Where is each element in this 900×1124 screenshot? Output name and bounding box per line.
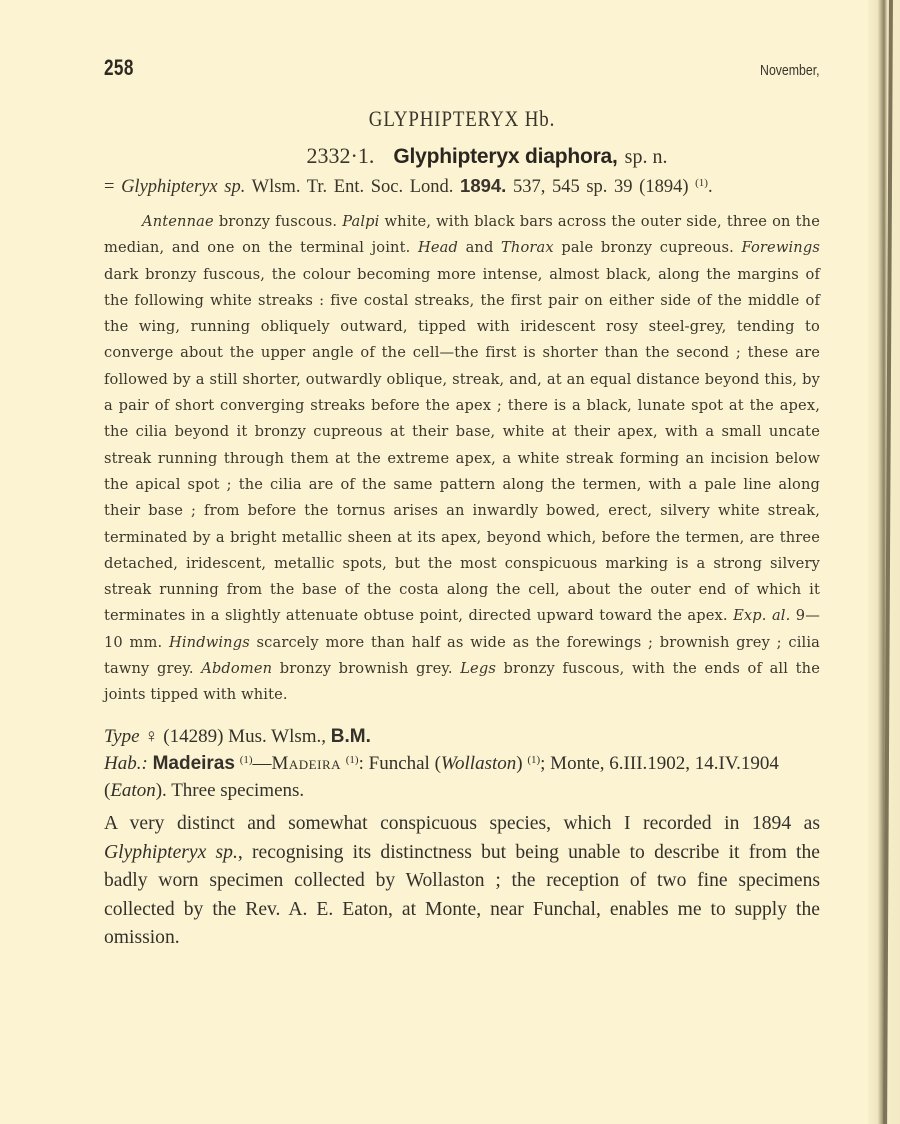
description-text: bronzy fuscous.: [214, 213, 342, 230]
description-text: pale bronzy cupreous.: [554, 239, 742, 256]
type-label: Type: [104, 726, 140, 747]
description-italic-term: Legs: [460, 660, 496, 677]
habitat-locality-1: : Funchal (: [359, 753, 441, 774]
synonymy-prefix: =: [104, 177, 121, 197]
habitat-region: Madeiras: [153, 753, 235, 774]
remarks-text-1: A very distinct and somewhat conspicuous…: [104, 813, 820, 834]
page-number: 258: [104, 55, 134, 81]
type-specimen-line: Type ♀ (14289) Mus. Wlsm., B.M.: [104, 723, 820, 750]
species-number: 2332·1.: [307, 143, 375, 168]
description-text: dark bronzy fuscous, the colour becoming…: [104, 266, 820, 625]
species-suffix: sp. n.: [625, 146, 668, 168]
habitat-collector-2: Eaton: [110, 780, 155, 801]
description-italic-term: Hindwings: [169, 634, 250, 651]
running-head: November,: [761, 62, 820, 79]
genus-heading: GLYPHIPTERYX Hb.: [154, 106, 770, 132]
species-name: Glyphipteryx diaphora,: [393, 145, 617, 168]
species-description: Antennae bronzy fuscous. Palpi white, wi…: [104, 209, 820, 709]
description-italic-term: Antennae: [142, 213, 214, 230]
type-text: (14289) Mus. Wlsm.,: [159, 726, 331, 747]
description-italic-term: Exp. al.: [733, 607, 790, 624]
female-symbol-icon: ♀: [144, 726, 158, 747]
description-text: and: [458, 239, 501, 256]
type-repository: B.M.: [331, 726, 371, 747]
description-italic-term: Forewings: [742, 239, 820, 256]
synonymy-genus: Glyphipteryx sp.: [121, 177, 245, 197]
synonymy-end: .: [708, 177, 713, 197]
footnote-marker: (1): [695, 177, 708, 189]
footnote-marker: (1): [240, 754, 253, 766]
synonymy-year: 1894.: [460, 175, 506, 196]
habitat-dash: —: [253, 753, 272, 774]
page-header: 258 November,: [104, 55, 820, 99]
description-italic-term: Palpi: [342, 213, 379, 230]
description-italic-term: Thorax: [501, 239, 554, 256]
species-heading: 2332·1. Glyphipteryx diaphora, sp. n.: [104, 142, 820, 171]
description-text: bronzy brownish grey.: [272, 660, 460, 677]
habitat-line: Hab.: Madeiras (1)—Madeira (1): Funchal …: [104, 750, 820, 804]
footnote-marker: (1): [346, 754, 359, 766]
habitat-locality-1-end: ): [516, 753, 527, 774]
habitat-label: Hab.:: [104, 753, 148, 774]
description-italic-term: Head: [418, 239, 458, 256]
page-content: 258 November, GLYPHIPTERYX Hb. 2332·1. G…: [104, 55, 820, 972]
description-italic-term: Abdomen: [201, 660, 272, 677]
remarks-italic-genus: Glyphipteryx sp.: [104, 842, 238, 863]
habitat-locality-2-end: ). Three specimens.: [156, 780, 304, 801]
synonymy-citation: = Glyphipteryx sp. Wlsm. Tr. Ent. Soc. L…: [104, 173, 820, 200]
synonymy-pages: 537, 545 sp. 39 (1894): [506, 177, 695, 197]
remarks-paragraph: A very distinct and somewhat conspicuous…: [104, 810, 820, 953]
habitat-island: Madeira: [272, 753, 342, 774]
synonymy-citation-text: Wlsm. Tr. Ent. Soc. Lond.: [245, 177, 460, 197]
footnote-marker: (1): [527, 754, 540, 766]
habitat-collector-1: Wollaston: [441, 753, 516, 774]
